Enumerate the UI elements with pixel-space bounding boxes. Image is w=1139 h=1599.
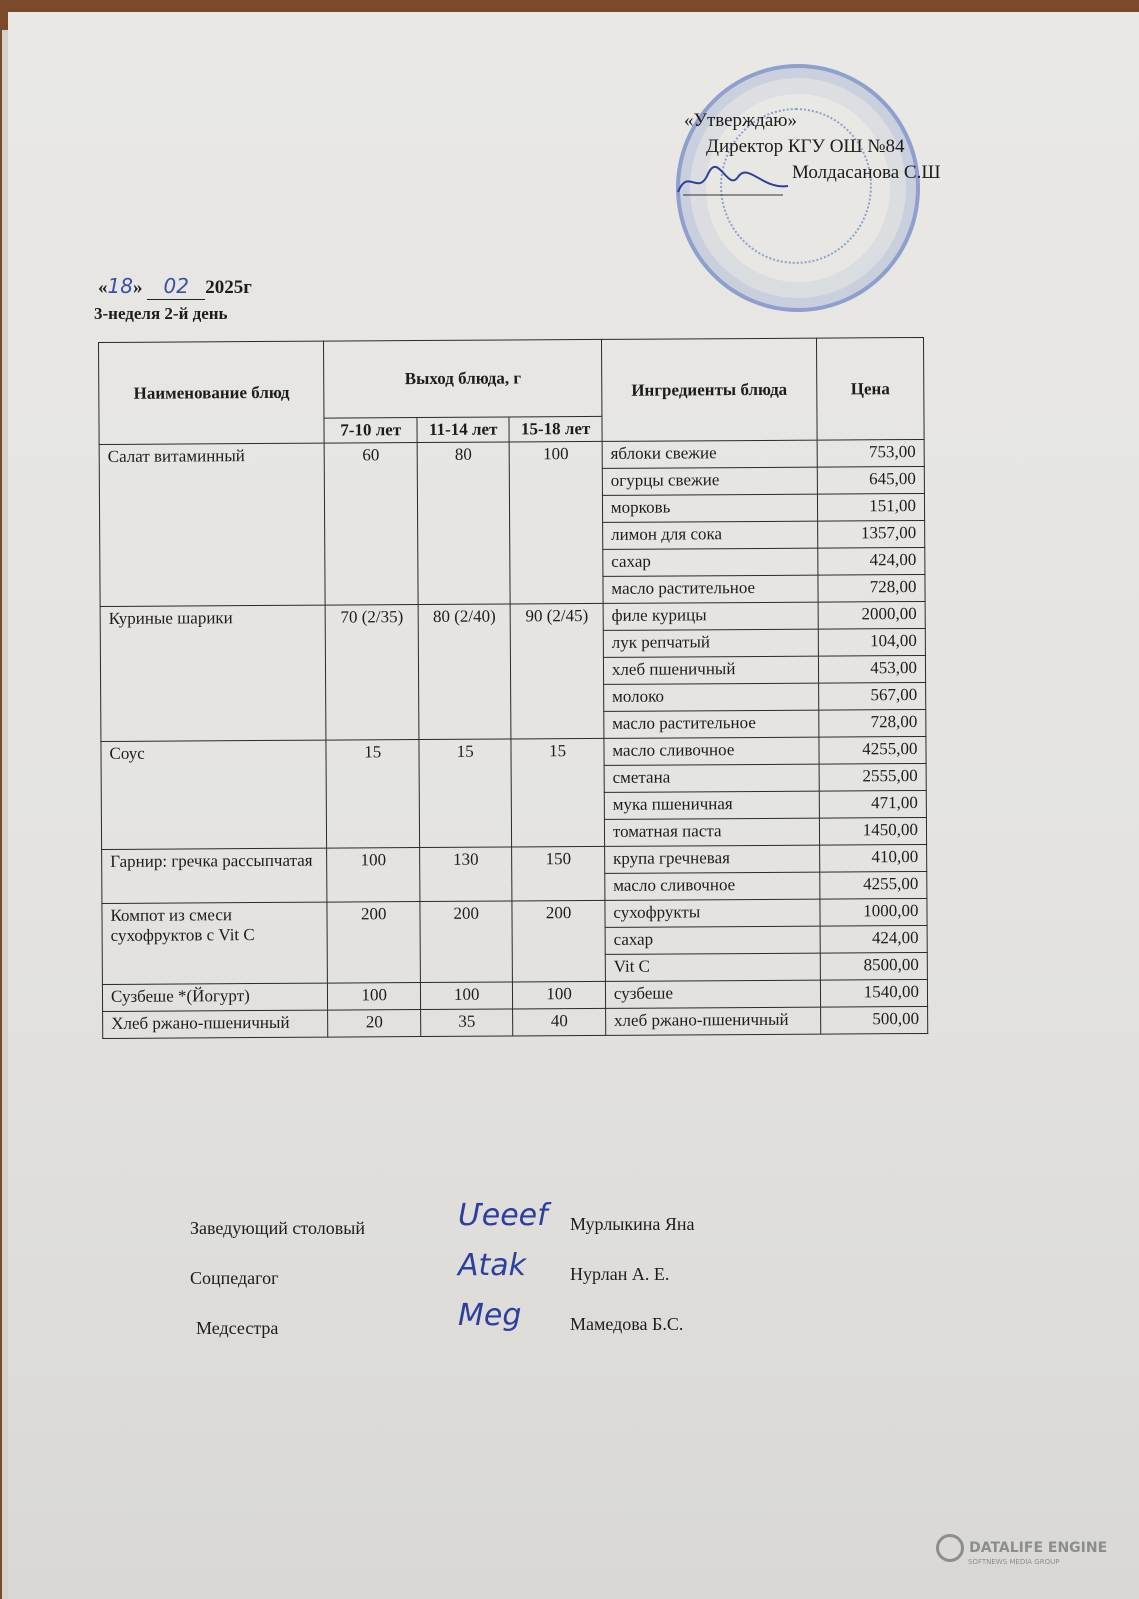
dish-yield: 80 (2/40) [418,604,511,740]
ingredient-name: лук репчатый [603,629,818,657]
date-quote-open: « [98,277,108,298]
datalife-logo-icon [936,1534,964,1562]
dish-name: Салат витаминный [99,443,325,606]
signature-role: Заведующий столовый [190,1218,365,1239]
ingredient-name: морковь [602,494,817,522]
ingredient-name: молоко [603,683,818,711]
dish-name: Соус [101,740,327,849]
dish-yield: 35 [421,1009,514,1037]
ingredient-price: 567,00 [819,682,926,710]
ingredient-name: сухофрукты [605,899,820,927]
header-age-15-18: 15-18 лет [509,416,602,442]
ingredient-price: 728,00 [818,574,925,602]
dish-yield: 100 [510,441,603,604]
ingredient-price: 151,00 [817,493,924,521]
ingredient-price: 4255,00 [819,736,926,764]
ingredient-price: 410,00 [820,844,927,872]
ingredient-name: сузбеше [605,980,820,1008]
dish-name: Хлеб ржано-пшеничный [103,1010,329,1038]
ingredient-price: 424,00 [818,547,925,575]
signature-role: Медсестра [196,1318,278,1339]
document-page: «Утверждаю» Директор КГУ ОШ №84 Молдасан… [8,12,1139,1599]
ingredient-price: 2555,00 [819,763,926,791]
ingredient-price: 2000,00 [818,601,925,629]
watermark-sub: SOFTNEWS MEDIA GROUP [968,1558,1107,1566]
ingredient-price: 1000,00 [820,898,927,926]
dish-yield: 100 [327,848,420,903]
ingredient-price: 1357,00 [818,520,925,548]
dish-yield: 100 [328,983,421,1011]
ingredient-name: масло сливочное [605,872,820,900]
ingredient-price: 4255,00 [820,871,927,899]
dish-yield: 130 [420,847,513,902]
ingredient-price: 728,00 [819,709,926,737]
date-quote-close: » [133,277,143,298]
header-yield: Выход блюда, г [324,339,602,418]
dish-yield: 150 [512,846,605,901]
dish-name: Гарнир: гречка рассыпчатая [102,848,328,903]
ingredient-name: хлеб ржано-пшеничный [605,1007,820,1035]
date-month: 02 [163,274,188,298]
dish-yield: 70 (2/35) [326,605,419,741]
header-price: Цена [816,337,924,440]
director-signature-icon [673,162,793,202]
menu-table-body: Салат витаминный6080100яблоки свежие753,… [99,439,928,1038]
approval-title: «Утверждаю» [684,108,941,134]
ingredient-name: томатная паста [604,818,819,846]
signature-role: Соцпедагог [190,1268,279,1289]
ingredient-name: огурцы свежие [602,467,817,495]
ingredient-name: сметана [604,764,819,792]
dish-yield: 40 [513,1008,606,1036]
signature-name: Нурлан А. Е. [570,1264,669,1285]
dish-yield: 200 [512,900,605,982]
ingredient-name: масло сливочное [604,737,819,765]
dish-yield: 80 [417,442,510,605]
dish-yield: 200 [420,901,513,983]
ingredient-name: масло растительное [603,575,818,603]
signature-name: Мамедова Б.С. [570,1314,683,1335]
week-day-label: 3-неделя 2-й день [94,304,228,324]
dish-yield: 15 [419,739,512,848]
dish-name: Куриные шарики [100,605,326,741]
document-date: «18» 022025г [98,274,252,300]
watermark: DATALIFE ENGINE SOFTNEWS MEDIA GROUP [936,1534,1107,1566]
date-day: 18 [108,274,133,298]
ingredient-name: филе курицы [603,602,818,630]
dish-name: Сузбеше *(Йогурт) [102,983,328,1011]
dish-yield: 100 [513,981,606,1009]
dish-yield: 60 [325,443,418,606]
ingredient-price: 424,00 [820,925,927,953]
ingredient-price: 471,00 [819,790,926,818]
header-dish-name: Наименование блюд [99,341,325,444]
dish-yield: 200 [327,902,420,984]
ingredient-price: 753,00 [817,439,924,467]
ingredient-name: масло растительное [604,710,819,738]
ingredient-name: хлеб пшеничный [603,656,818,684]
ingredient-name: яблоки свежие [602,440,817,468]
menu-table: Наименование блюд Выход блюда, г Ингреди… [98,337,928,1039]
ingredient-price: 8500,00 [820,952,927,980]
handwritten-signature-icon: Atak [458,1248,526,1283]
handwritten-signature-icon: Meg [458,1298,521,1333]
dish-yield: 90 (2/45) [511,603,604,739]
header-ingredients: Ингредиенты блюда [601,338,817,441]
ingredient-name: лимон для сока [602,521,817,549]
ingredient-price: 1540,00 [820,979,927,1007]
ingredient-name: Vit C [605,953,820,981]
ingredient-name: крупа гречневая [604,845,819,873]
ingredient-price: 1450,00 [819,817,926,845]
ingredient-price: 500,00 [821,1006,928,1034]
ingredient-price: 104,00 [818,628,925,656]
dish-name: Компот из смеси сухофруктов с Vit C [102,902,328,984]
dish-yield: 15 [511,738,604,847]
dish-yield: 20 [328,1010,421,1038]
table-row: Хлеб ржано-пшеничный203540хлеб ржано-пше… [103,1006,928,1038]
ingredient-name: сахар [603,548,818,576]
header-age-11-14: 11-14 лет [417,417,510,443]
ingredient-price: 453,00 [818,655,925,683]
header-age-7-10: 7-10 лет [324,418,417,444]
signature-name: Мурлыкина Яна [570,1214,695,1235]
date-year: 2025г [205,277,252,298]
handwritten-signature-icon: Մeeef [458,1198,548,1233]
ingredient-name: мука пшеничная [604,791,819,819]
ingredient-price: 645,00 [817,466,924,494]
ingredient-name: сахар [605,926,820,954]
dish-yield: 15 [326,740,419,849]
watermark-brand: DATALIFE ENGINE [969,1540,1107,1556]
approval-position: Директор КГУ ОШ №84 [684,134,941,160]
dish-yield: 100 [420,982,513,1010]
